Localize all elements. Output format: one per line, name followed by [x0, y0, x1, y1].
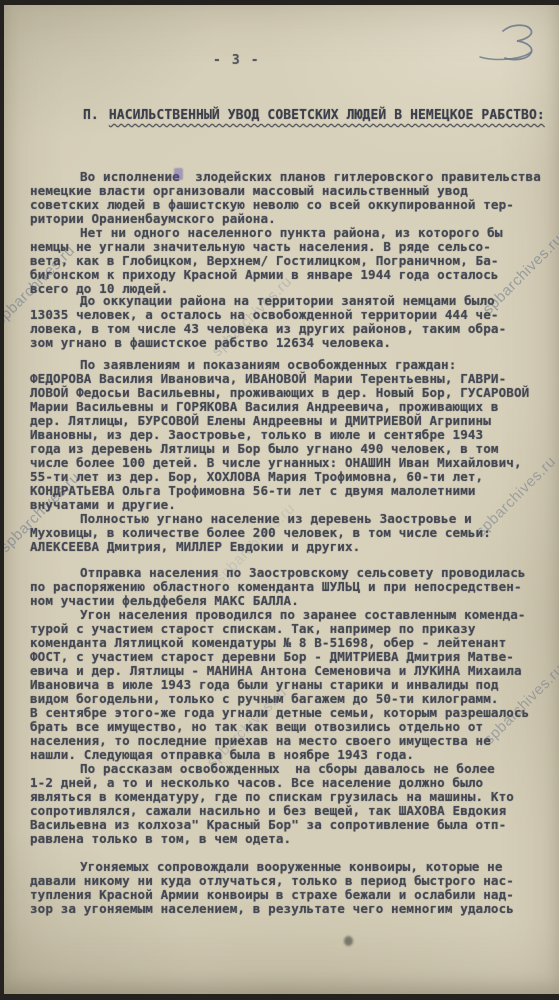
text-line: По заявлениям и показаниям освобожденных…: [30, 358, 529, 372]
text-line: Ивановича в июле 1943 года были угнаны с…: [30, 678, 529, 692]
text-line: Нет ни одного населенного пункта района,…: [30, 226, 503, 240]
text-line: давали никому ни куда отлучаться, только…: [30, 874, 514, 888]
text-line: Угоняемых сопровождали вооруженные конво…: [30, 860, 514, 874]
text-line: турой с участием старост спискам. Так, н…: [30, 622, 529, 636]
text-line: вета, как в Глобицком, Верхнем/ Гостилиц…: [30, 254, 503, 268]
paragraph: Угоняемых сопровождали вооруженные конво…: [30, 860, 514, 916]
text-line: 1-2 дней, а то и несколько часов. Все на…: [30, 776, 514, 790]
text-line: ловека, в том числе 43 человека из други…: [30, 322, 506, 336]
text-line: числе более 100 детей. В числе угнанных:…: [30, 456, 529, 470]
text-line: 55-ти лет из дер. Бор, ХОХЛОВА Мария Тро…: [30, 470, 529, 484]
section-heading-number: П.: [83, 108, 99, 123]
text-line: коменданта Лятлицкой комендатуры № 8 В-5…: [30, 636, 529, 650]
text-line: Ивановны, из дер. Заостровье, только в и…: [30, 428, 529, 442]
text-line: 13035 человек, а осталось на освобожденн…: [30, 308, 506, 322]
text-line: евича и дер. Лятлицы - МАНИНА Антона Сем…: [30, 664, 529, 678]
page-number: - 3 -: [213, 53, 260, 68]
text-line: Васильевна из колхоза" Красный Бор" за с…: [30, 818, 514, 832]
paragraph: Отправка населения по Заостровскому сель…: [30, 566, 526, 608]
text-line: ритории Ораниенбаумского района.: [30, 212, 541, 226]
handwritten-page-number: [475, 21, 545, 71]
paragraph: По рассказам освобожденных на сборы дава…: [30, 762, 514, 846]
text-line: ФЕДОРОВА Василия Ивановича, ИВАНОВОЙ Мар…: [30, 372, 529, 386]
text-line: населения, то последние приехав на место…: [30, 734, 529, 748]
paragraph: Полностью угнано население из деревень З…: [30, 512, 491, 554]
text-line: Марии Васильевны и ГОРЯКОВА Василия Андр…: [30, 400, 529, 414]
text-line: Муховицы, в количестве более 200 человек…: [30, 526, 491, 540]
text-line: немцы не угнали значительную часть насел…: [30, 240, 503, 254]
paragraph: Нет ни одного населенного пункта района,…: [30, 226, 503, 296]
text-line: Отправка населения по Заостровскому сель…: [30, 566, 526, 580]
document-page: spbarchives.ru spbarchives.ru spbarchive…: [4, 5, 559, 994]
text-line: тупления Красной Армии конвоиры в страхе…: [30, 888, 514, 902]
text-line: дер. Лятлицы, БУРСОВОЙ Елены Андреевны и…: [30, 414, 529, 428]
text-line: являться в комендатуру, где по спискам г…: [30, 790, 514, 804]
text-line: равлена только в том, в чем одета.: [30, 832, 514, 846]
text-line: В сентябре этого-же года угнали детные с…: [30, 706, 529, 720]
paragraph: По заявлениям и показаниям освобожденных…: [30, 358, 529, 512]
text-line: АЛЕКСЕЕВА Дмитрия, МИЛЛЕР Евдокии и друг…: [30, 540, 491, 554]
text-line: внучатами и другие.: [30, 498, 529, 512]
paragraph: Угон населения проводился по заранее сос…: [30, 608, 529, 762]
text-line: немецкие власти организовали массовый на…: [30, 184, 541, 198]
section-heading-title: НАСИЛЬСТВЕННЫЙ УВОД СОВЕТСКИХ ЛЮДЕЙ В НЕ…: [109, 108, 545, 123]
text-line: бигонском к приходу Красной Армии в янва…: [30, 268, 503, 282]
text-line: брать все имущество, но так как вещи отв…: [30, 720, 529, 734]
paragraph: Во исполнение злодейских планов гитлеров…: [30, 170, 541, 226]
text-line: Во исполнение злодейских планов гитлеров…: [30, 170, 541, 184]
text-line: ном участии фельдфебеля МАКС БАЛЛА.: [30, 594, 526, 608]
text-line: зор за угоняемым населением, в результат…: [30, 902, 514, 916]
ink-mark: [174, 168, 183, 180]
text-line: года из деревень Лятлицы и Бор было угна…: [30, 442, 529, 456]
text-line: Угон населения проводился по заранее сос…: [30, 608, 529, 622]
text-line: сопротивлялся, сажали насильно и без вещ…: [30, 804, 514, 818]
text-line: нашли. Следующая отправка была в ноябре …: [30, 748, 529, 762]
text-line: видом богодельни, только с ручным багаже…: [30, 692, 529, 706]
text-line: ЛОВОЙ Федосьи Васильевны, проживающих в …: [30, 386, 529, 400]
text-line: зом угнано в фашистское рабство 12634 че…: [30, 336, 506, 350]
paragraph: До оккупации района на территории занято…: [30, 294, 506, 350]
text-line: Полностью угнано население из деревень З…: [30, 512, 491, 526]
section-heading: П.НАСИЛЬСТВЕННЫЙ УВОД СОВЕТСКИХ ЛЮДЕЙ В …: [83, 108, 545, 123]
text-line: ФОСТ, с участием старост деревни Бор - Д…: [30, 650, 529, 664]
text-line: До оккупации района на территории занято…: [30, 294, 506, 308]
text-line: КОНДРАТЬЕВА Ольга Трофимовна 56-ти лет с…: [30, 484, 529, 498]
text-line: По рассказам освобожденных на сборы дава…: [30, 762, 514, 776]
smudge-mark: [344, 936, 353, 946]
scanned-document: { "document": { "page_number_display": "…: [0, 0, 559, 1000]
text-line: советских людей в фашистскую неволю со в…: [30, 198, 541, 212]
text-line: по распоряжению областного коменданта ШУ…: [30, 580, 526, 594]
